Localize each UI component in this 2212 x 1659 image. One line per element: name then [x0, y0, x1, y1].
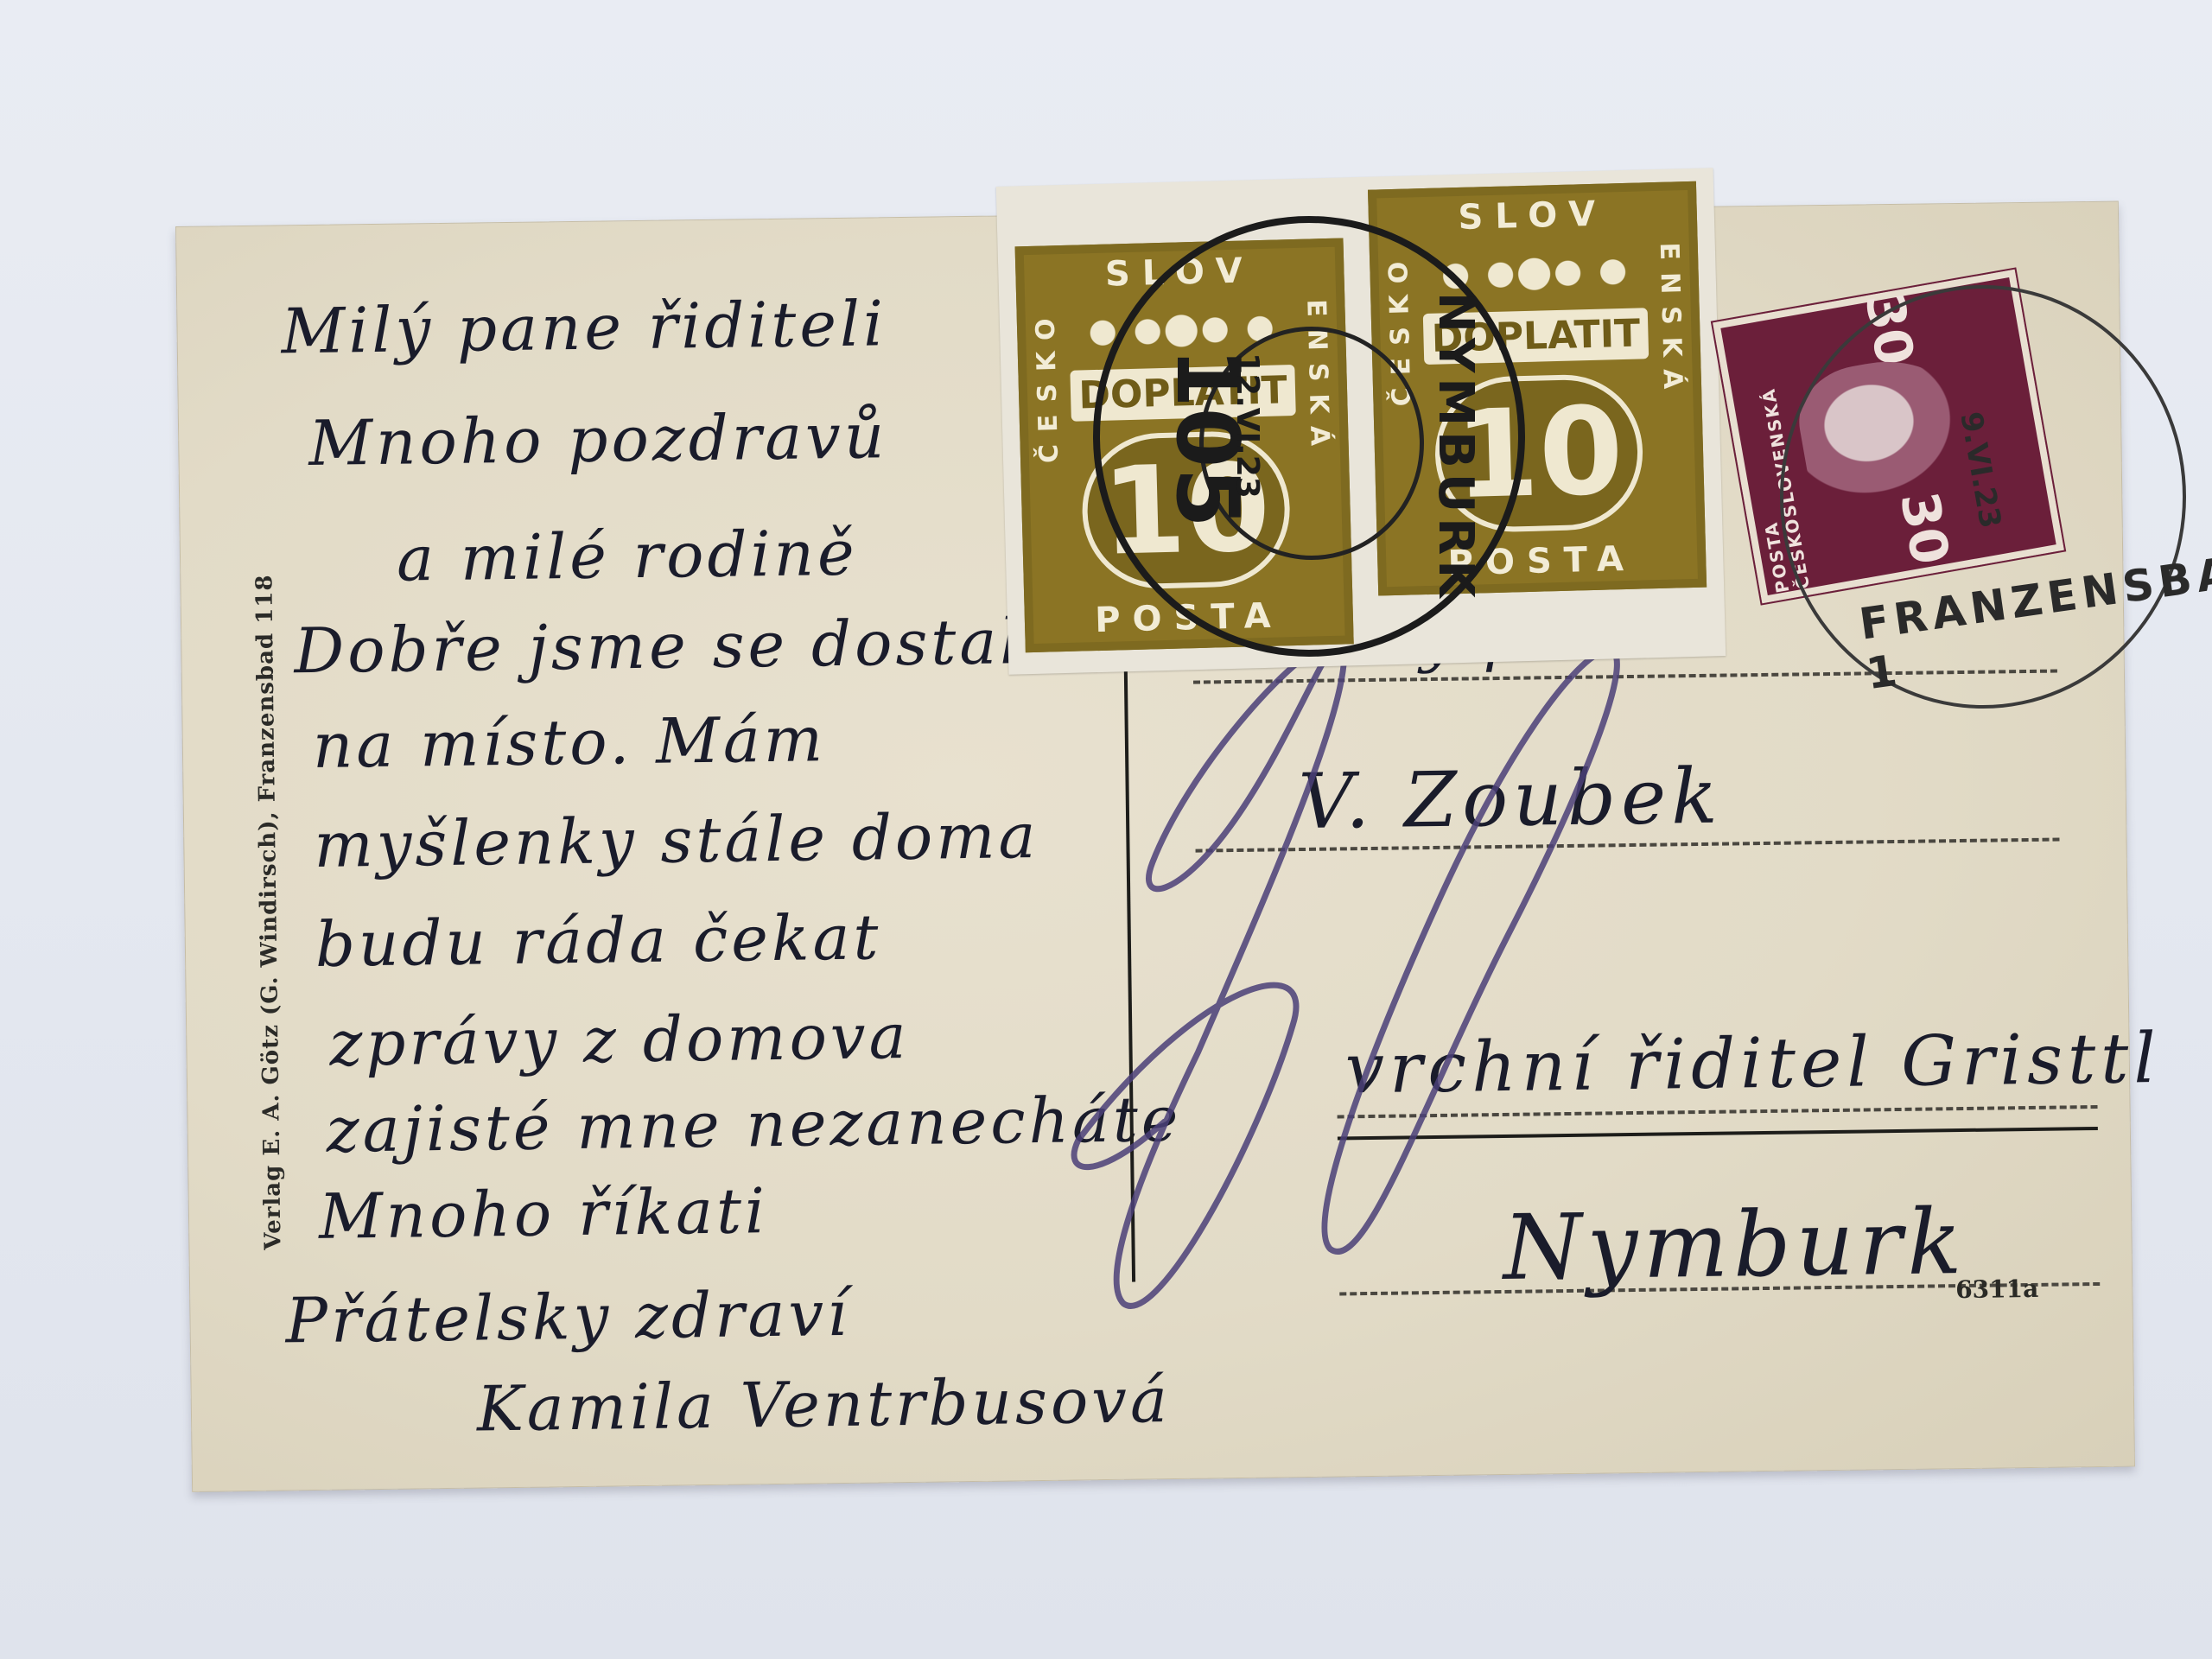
message-line: Mnoho říkati	[318, 1174, 768, 1253]
postmark-town: NYMBURK	[1427, 292, 1484, 603]
catalog-number: 6311a	[1955, 1274, 2039, 1304]
postmark-date: 9.VI.23	[1953, 410, 2007, 531]
message-line: na místo. Mám	[312, 702, 826, 782]
message-line: Přátelsky zdraví	[285, 1277, 851, 1357]
publisher-imprint: Verlag E. A. Götz (G. Windirsch), Franze…	[251, 574, 286, 1249]
message-line: a milé rodině	[397, 517, 859, 595]
stamp-side-text: ČESKO	[1030, 306, 1065, 463]
franzensbad-postmark: 9.VI.23 FRANZENSBAD 1	[1780, 285, 2186, 709]
message-line: Mnoho pozdravů	[308, 399, 888, 480]
message-line: budu ráda čekat	[315, 900, 882, 981]
postmark-date: 12.VI.23	[1230, 353, 1265, 499]
stamp-side-text: ENSKÁ	[1654, 242, 1688, 402]
postmark-town: FRANZENSBAD 1	[1856, 542, 2212, 699]
message-line: zajisté mne nezanecháte	[326, 1083, 1182, 1166]
message-line: Kamila Ventrbusová	[476, 1363, 1171, 1446]
stamp-top-text: SLOV	[1376, 192, 1688, 239]
message-line: Dobře jsme se dostali	[294, 605, 1047, 687]
nymburk-postmark: 105 12.VI.23 NYMBURK	[1093, 216, 1525, 657]
message-line: Milý pane řiditeli	[281, 287, 887, 367]
message-line: myšlenky stále doma	[314, 799, 1039, 881]
message-line: zprávy z domova	[329, 1000, 910, 1080]
crayon-postage-due-mark	[1054, 613, 1686, 1364]
